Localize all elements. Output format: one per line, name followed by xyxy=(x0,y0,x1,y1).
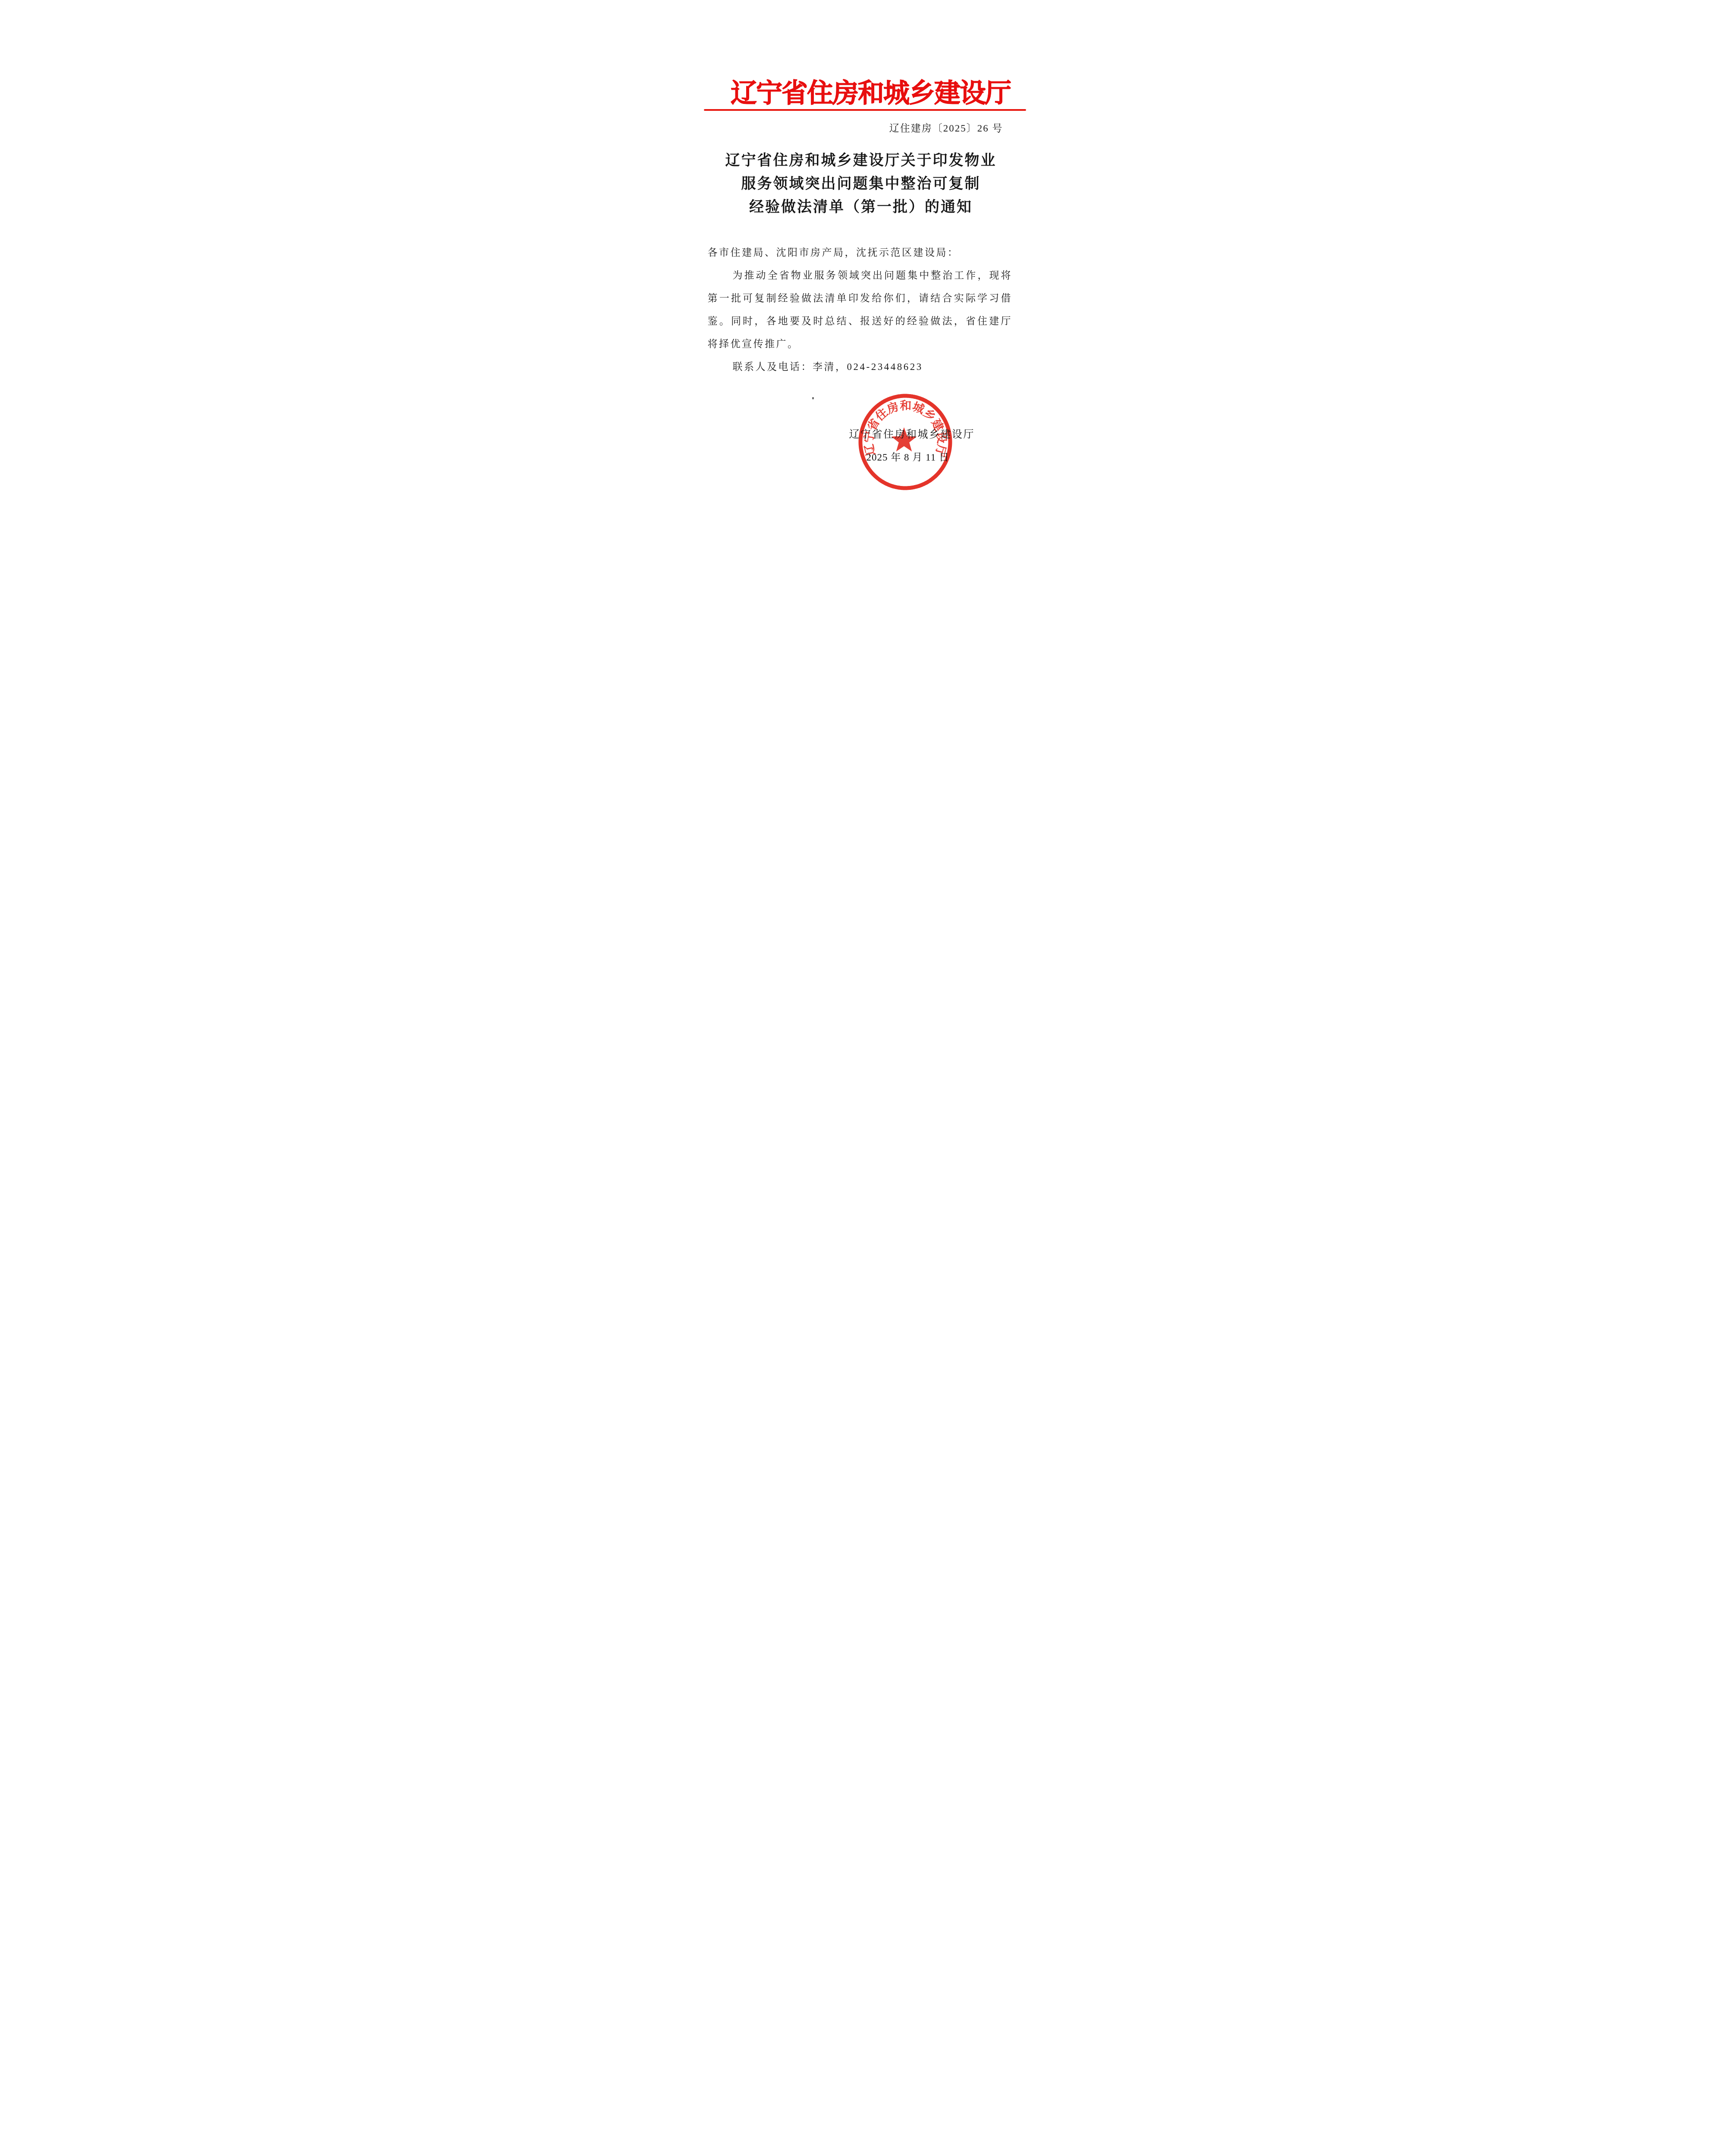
body-line: 为推动全省物业服务领域突出问题集中整治工作，现将 xyxy=(708,264,1011,287)
body-line: 鉴。同时，各地要及时总结、报送好的经验做法，省住建厅 xyxy=(708,310,1011,332)
document-body: 各市住建局、沈阳市房产局，沈抚示范区建设局：为推动全省物业服务领域突出问题集中整… xyxy=(708,241,1011,378)
body-line: 联系人及电话：李清，024-23448623 xyxy=(708,355,1011,378)
body-line: 第一批可复制经验做法清单印发给你们，请结合实际学习借 xyxy=(708,287,1011,310)
official-seal: 辽宁省住房和城乡建设厅 xyxy=(854,389,957,495)
scan-speck xyxy=(812,397,814,399)
signature-authority: 辽宁省住房和城乡建设厅 xyxy=(849,426,975,441)
document-title-line: 经验做法清单（第一批）的通知 xyxy=(653,196,1070,219)
document-title-line: 服务领域突出问题集中整治可复制 xyxy=(653,172,1070,196)
document-page: 辽宁省住房和城乡建设厅 辽住建房〔2025〕26 号 辽宁省住房和城乡建设厅关于… xyxy=(642,0,1070,605)
document-title: 辽宁省住房和城乡建设厅关于印发物业服务领域突出问题集中整治可复制经验做法清单（第… xyxy=(642,149,1070,219)
document-number: 辽住建房〔2025〕26 号 xyxy=(642,120,1003,135)
document-title-line: 辽宁省住房和城乡建设厅关于印发物业 xyxy=(653,149,1070,172)
signature-date: 2025 年 8 月 11 日 xyxy=(866,449,949,464)
body-line: 各市住建局、沈阳市房产局，沈抚示范区建设局： xyxy=(708,241,1011,264)
body-line: 将择优宣传推广。 xyxy=(708,332,1011,355)
letterhead-rule xyxy=(704,109,1026,111)
letterhead-title: 辽宁省住房和城乡建设厅 xyxy=(642,72,1070,110)
